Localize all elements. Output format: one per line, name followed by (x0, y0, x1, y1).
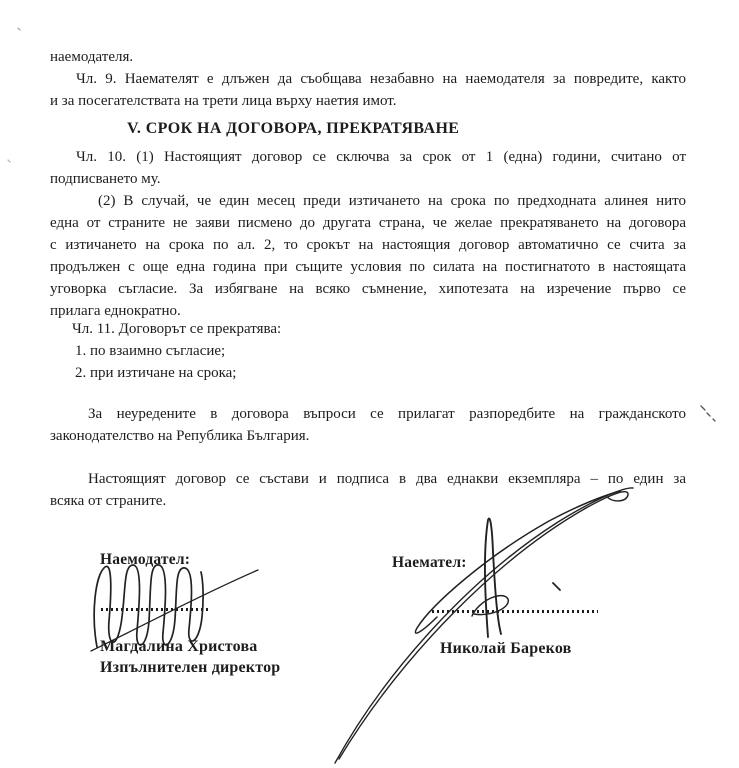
landlord-title: Изпълнителен директор (100, 659, 280, 677)
text-line: Чл. 10. (1) Настоящият договор се сключв… (50, 146, 686, 168)
text-line: продължен с още една година при същите у… (50, 256, 686, 278)
landlord-name: Магдалина Христова (100, 638, 257, 656)
paragraph-art9: Чл. 9. Наемателят е длъжен да съобщава н… (50, 68, 686, 112)
tenant-name: Николай Бареков (440, 640, 571, 658)
text-line: подписването му. (50, 168, 686, 190)
text-line: законодателство на Република България. (50, 425, 686, 447)
text-line: Чл. 9. Наемателят е длъжен да съобщава н… (50, 68, 686, 90)
text-line: уговорка съгласие. За избягване на всяко… (50, 278, 686, 300)
paragraph-art11: Чл. 11. Договорът се прекратява: 1. по в… (50, 318, 686, 384)
paragraph-art10: Чл. 10. (1) Настоящият договор се сключв… (50, 146, 686, 190)
text-line: и за посегателствата на трети лица върху… (50, 90, 686, 112)
text-line: За неуредените в договора въпроси се при… (50, 403, 686, 425)
paragraph-copies: Настоящият договор се състави и подписа … (50, 468, 686, 512)
section-heading: V. СРОК НА ДОГОВОРА, ПРЕКРАТЯВАНЕ (50, 118, 686, 140)
text-line: (2) В случай, че един месец преди изтича… (50, 190, 686, 212)
paragraph-continuation: наемодателя. (50, 46, 686, 68)
list-item: 2. при изтичане на срока; (50, 362, 686, 384)
landlord-signature-dotted-line (101, 608, 208, 611)
text-line: с изтичането на срока по ал. 2, то срокъ… (50, 234, 686, 256)
contract-page: наемодателя. Чл. 9. Наемателят е длъжен … (0, 0, 739, 768)
paragraph-art10-al2: (2) В случай, че един месец преди изтича… (50, 190, 686, 322)
tenant-signature (335, 488, 633, 763)
tenant-signature-dotted-line (432, 610, 598, 613)
landlord-role-label: Наемодател: (100, 551, 190, 569)
text-line: наемодателя. (50, 46, 686, 68)
heading-text: V. СРОК НА ДОГОВОРА, ПРЕКРАТЯВАНЕ (50, 118, 686, 140)
tenant-role-label: Наемател: (392, 554, 467, 572)
text-line: всяка от страните. (50, 490, 686, 512)
list-item: 1. по взаимно съгласие; (50, 340, 686, 362)
text-line: една от страните не заяви писмено до дру… (50, 212, 686, 234)
text-line: Чл. 11. Договорът се прекратява: (50, 318, 686, 340)
paragraph-law: За неуредените в договора въпроси се при… (50, 403, 686, 447)
text-line: Настоящият договор се състави и подписа … (50, 468, 686, 490)
